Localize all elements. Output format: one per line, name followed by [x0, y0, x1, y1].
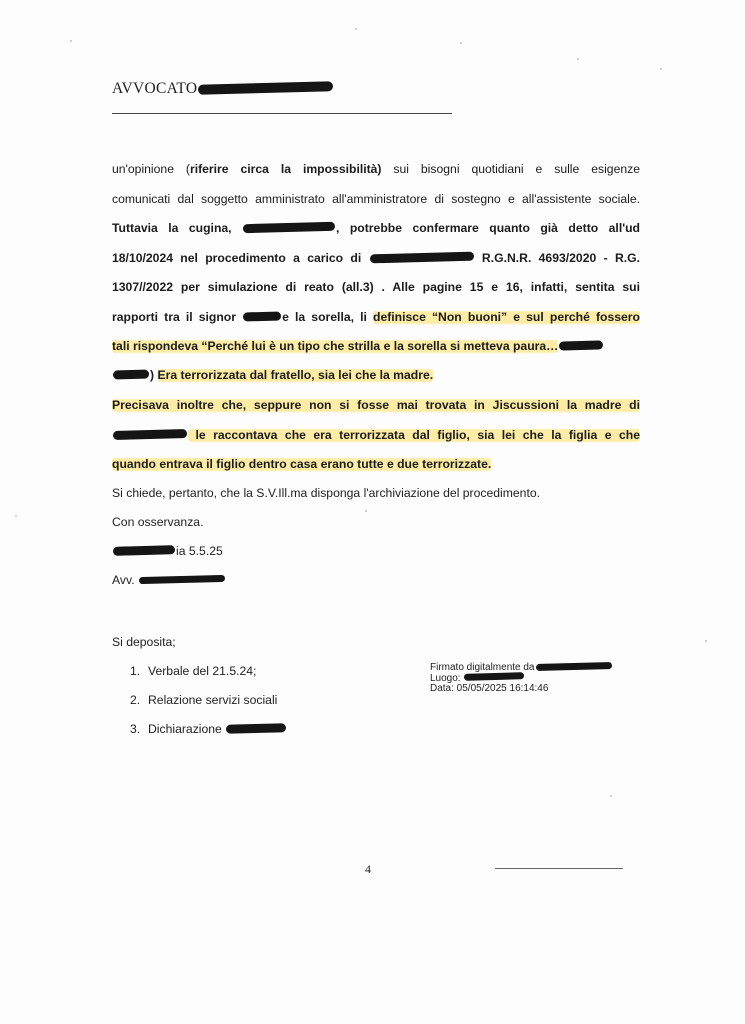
body-line: comunicati dal soggetto amministrato all… [112, 191, 640, 207]
deposit-item: 3.Dichiarazione [130, 722, 287, 736]
text: sui bisogni quotidiani e sulle esigenze [382, 162, 641, 176]
body-line: le raccontava che era terrorizzata dal f… [112, 427, 640, 443]
footer-rule [495, 868, 623, 869]
scan-speck [15, 515, 17, 517]
highlighted-text: quando entrava il figlio dentro casa era… [112, 456, 491, 472]
text: un'opinione ( [112, 162, 190, 176]
deposit-item: 1.Verbale del 21.5.24; [130, 664, 256, 678]
redaction-mark [559, 341, 603, 351]
item-text: Relazione servizi sociali [148, 693, 277, 707]
item-number: 2. [130, 693, 148, 707]
scan-speck [460, 42, 462, 44]
highlighted-text: definisce “Non buoni” e sul perché fosse… [373, 309, 640, 325]
text: e la sorella, li [282, 310, 373, 324]
body-line: quando entrava il figlio dentro casa era… [112, 456, 640, 472]
item-text: Dichiarazione [148, 722, 225, 736]
letterhead-title: AVVOCATO [112, 80, 197, 97]
body-line: un'opinione (riferire circa la impossibi… [112, 161, 640, 177]
redaction-mark [198, 82, 333, 96]
redaction-mark [369, 252, 473, 264]
body-line: 18/10/2024 nel procedimento a carico di … [112, 250, 640, 266]
scan-speck [355, 28, 357, 30]
scan-speck [660, 68, 662, 70]
place-label: Luogo: [430, 673, 463, 684]
text: 1307//2022 per simulazione di reato (all… [112, 280, 640, 294]
place-date: ia 5.5.25 [112, 544, 223, 558]
highlighted-text: le raccontava che era terrorizzata dal f… [188, 427, 640, 443]
text: 18/10/2024 nel procedimento a carico di [112, 251, 369, 265]
body-line: Precisava inoltre che, seppure non si fo… [112, 397, 640, 413]
redaction-mark [226, 723, 286, 734]
request-text: Si chiede, pertanto, che la S.V.Ill.ma d… [112, 486, 540, 500]
redaction-mark [243, 312, 281, 322]
deposit-heading: Si deposita; [112, 635, 176, 649]
redaction-mark [464, 673, 524, 682]
body-line: tali rispondeva “Perché lui è un tipo ch… [112, 338, 640, 354]
scan-speck [577, 58, 579, 60]
letterhead: AVVOCATO [112, 80, 334, 98]
item-text: Verbale del 21.5.24; [148, 664, 256, 678]
body-line: Tuttavia la cugina, , potrebbe confermar… [112, 220, 640, 236]
text: Tuttavia la cugina, [112, 221, 242, 235]
text: , potrebbe confermare quanto già detto a… [336, 221, 640, 235]
redaction-mark [243, 222, 335, 233]
redaction-mark [535, 662, 611, 671]
page-number: 4 [365, 862, 371, 877]
scan-speck [70, 40, 72, 42]
body-line: 1307//2022 per simulazione di reato (all… [112, 279, 640, 295]
text: R.G.N.R. 4693/2020 - R.G. [475, 251, 640, 265]
text: rapporti tra il signor [112, 310, 242, 324]
lawyer-signature: Avv. [112, 573, 226, 587]
signature-date: Data: 05/05/2025 16:14:46 [430, 684, 613, 695]
highlighted-text: tali rispondeva “Perché lui è un tipo ch… [112, 338, 558, 354]
deposit-item: 2.Relazione servizi sociali [130, 693, 277, 707]
bold-text: riferire circa la impossibilità) [190, 162, 382, 176]
body-line: rapporti tra il signor e la sorella, li … [112, 309, 640, 325]
text: ia 5.5.25 [176, 544, 223, 558]
scan-speck [610, 795, 612, 797]
item-number: 3. [130, 722, 148, 736]
scan-speck [365, 510, 367, 512]
body-line: ) Era terrorizzata dal fratello, sia lei… [112, 367, 640, 383]
highlighted-text: Era terrorizzata dal fratello, sia lei c… [157, 367, 433, 383]
text: comunicati dal soggetto amministrato all… [112, 192, 640, 206]
redaction-mark [113, 429, 187, 440]
document-page: AVVOCATO un'opinione (riferire circa la … [0, 0, 745, 1024]
redaction-mark [113, 545, 175, 556]
item-number: 1. [130, 664, 148, 678]
closing-text: Con osservanza. [112, 515, 203, 529]
highlighted-text: Precisava inoltre che, seppure non si fo… [112, 397, 640, 413]
scan-speck [705, 640, 707, 642]
digital-signature-stamp: Firmato digitalmente da Luogo: Data: 05/… [430, 663, 613, 695]
text: Avv. [112, 573, 138, 587]
redaction-mark [139, 575, 225, 584]
letterhead-rule [112, 113, 452, 114]
redaction-mark [113, 370, 149, 380]
